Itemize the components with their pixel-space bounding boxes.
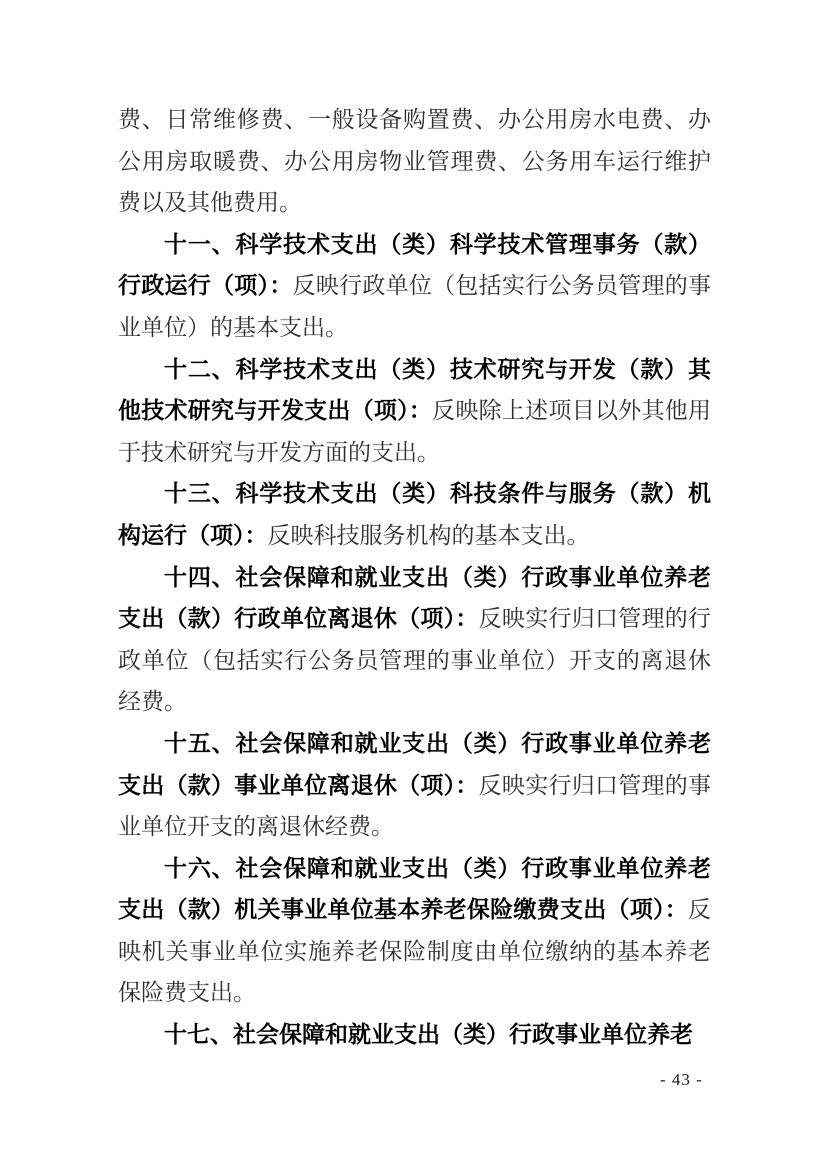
document-page: 费、日常维修费、一般设备购置费、办公用房水电费、办公用房取暖费、办公用房物业管理… bbox=[0, 0, 826, 1169]
page-number: - 43 - bbox=[660, 1070, 703, 1090]
paragraph-item-16: 十六、社会保障和就业支出（类）行政事业单位养老支出（款）机关事业单位基本养老保险… bbox=[118, 848, 711, 1014]
paragraph-body: 反映科技服务机构的基本支出。 bbox=[268, 523, 590, 548]
paragraph-lead: 十六、社会保障和就业支出（类）行政事业单位养老支出（款）机关事业单位基本养老保险… bbox=[118, 855, 711, 923]
paragraph-item-15: 十五、社会保障和就业支出（类）行政事业单位养老支出（款）事业单位离退休（项）：反… bbox=[118, 723, 711, 848]
page-body-text: 费、日常维修费、一般设备购置费、办公用房水电费、办公用房取暖费、办公用房物业管理… bbox=[118, 99, 711, 1056]
paragraph-item-14: 十四、社会保障和就业支出（类）行政事业单位养老支出（款）行政单位离退休（项）：反… bbox=[118, 557, 711, 723]
paragraph-item-11: 十一、科学技术支出（类）科学技术管理事务（款）行政运行（项）：反映行政单位（包括… bbox=[118, 224, 711, 349]
paragraph-item-17-truncated: 十七、社会保障和就业支出（类）行政事业单位养老 bbox=[118, 1014, 711, 1056]
paragraph-item-13: 十三、科学技术支出（类）科技条件与服务（款）机构运行（项）：反映科技服务机构的基… bbox=[118, 473, 711, 556]
paragraph-item-12: 十二、科学技术支出（类）技术研究与开发（款）其他技术研究与开发支出（项）：反映除… bbox=[118, 349, 711, 474]
paragraph-continuation: 费、日常维修费、一般设备购置费、办公用房水电费、办公用房取暖费、办公用房物业管理… bbox=[118, 99, 711, 224]
paragraph-lead: 十七、社会保障和就业支出（类）行政事业单位养老 bbox=[164, 1021, 693, 1047]
paragraph-body: 费、日常维修费、一般设备购置费、办公用房水电费、办公用房取暖费、办公用房物业管理… bbox=[118, 107, 711, 215]
